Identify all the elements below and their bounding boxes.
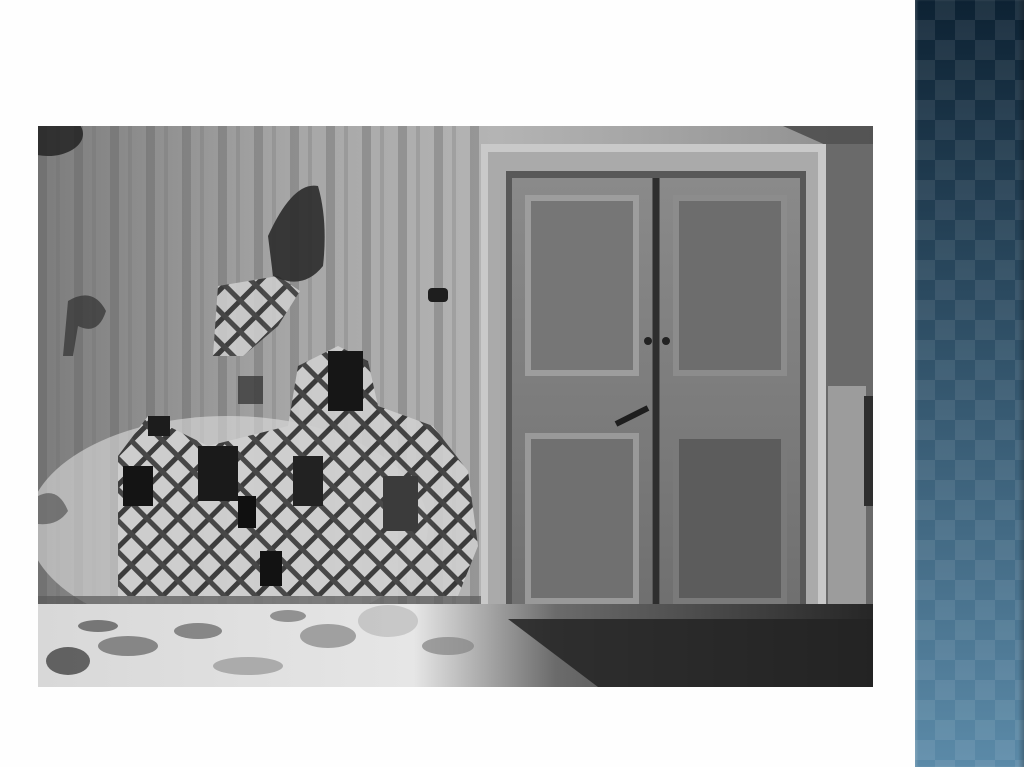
diamond-texture [915, 0, 1024, 767]
room-photo [38, 126, 873, 687]
room-photo-illustration [38, 126, 873, 687]
side-bar-shadow-edge [1018, 0, 1024, 767]
presentation-slide [0, 0, 1024, 767]
slide-canvas [0, 0, 915, 767]
decorative-side-bar [915, 0, 1024, 767]
